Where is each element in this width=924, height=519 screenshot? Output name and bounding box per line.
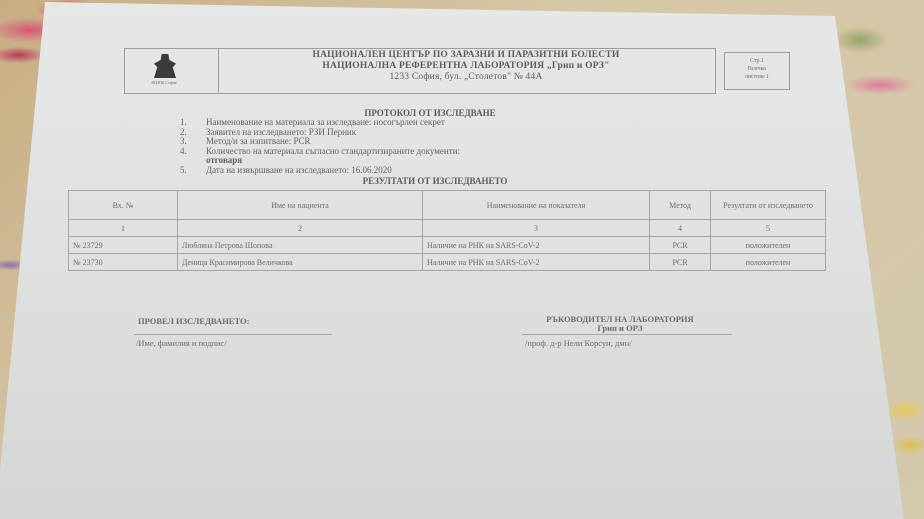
page-number: Стр.1 [725,57,789,65]
protocol-items: 1.Наименование на материала за изследван… [180,118,460,176]
col-header-patient: Име на пациента [178,191,423,220]
lab-protocol-document: НЦЗПБ София НАЦИОНАЛЕН ЦЕНТЪР ПО ЗАРАЗНИ… [0,0,924,519]
table-row: № 23730 Деница Красимирова Величкова Нал… [69,254,826,271]
header-line-1: НАЦИОНАЛЕН ЦЕНТЪР ПО ЗАРАЗНИ И ПАРАЗИТНИ… [218,50,714,61]
col-header-result: Резултати от изследването [711,191,826,220]
header-address: 1233 София, бул. „Столетов" № 44А [218,72,714,83]
protocol-item: 5.Дата на извършване на изследването: 16… [180,166,460,176]
col-header-entry-no: Вх. № [69,191,178,220]
col-header-method: Метод [650,191,711,220]
lab-head-subtitle: Грип и ОРЗ [500,323,740,333]
lab-head-signature-line [522,334,732,335]
column-number-row: 1 2 3 4 5 [69,220,826,237]
results-title: РЕЗУЛТАТИ ОТ ИЗСЛЕДВАНЕТО [200,176,670,186]
header-line-2: НАЦИОНАЛНА РЕФЕРЕНТНА ЛАБОРАТОРИЯ „Грип … [218,61,714,72]
performed-by-label: ПРОВЕЛ ИЗСЛЕДВАНЕТО: [138,316,249,326]
col-header-indicator: Наименование на показателя [423,191,650,220]
header-logo: НЦЗПБ София [124,48,219,92]
table-row: № 23729 Любляна Петрова Шопова Наличие н… [69,237,826,254]
performed-by-signature-line [134,334,332,335]
header-text: НАЦИОНАЛЕН ЦЕНТЪР ПО ЗАРАЗНИ И ПАРАЗИТНИ… [218,50,714,83]
lab-head-caption: /проф. д-р Нели Корсун, дмн/ [525,338,632,348]
logo-caption: НЦЗПБ София [138,80,190,85]
performed-by-caption: /Име, фамилия и подпис/ [136,338,227,348]
table-header-row: Вх. № Име на пациента Наименование на по… [69,191,826,220]
results-table: Вх. № Име на пациента Наименование на по… [68,190,826,271]
page-total-label: Всичко [725,65,789,73]
page-total-value: листове 1 [725,73,789,81]
institution-tower-logo-icon [154,54,176,78]
page-info-box: Стр.1 Всичко листове 1 [724,52,790,90]
